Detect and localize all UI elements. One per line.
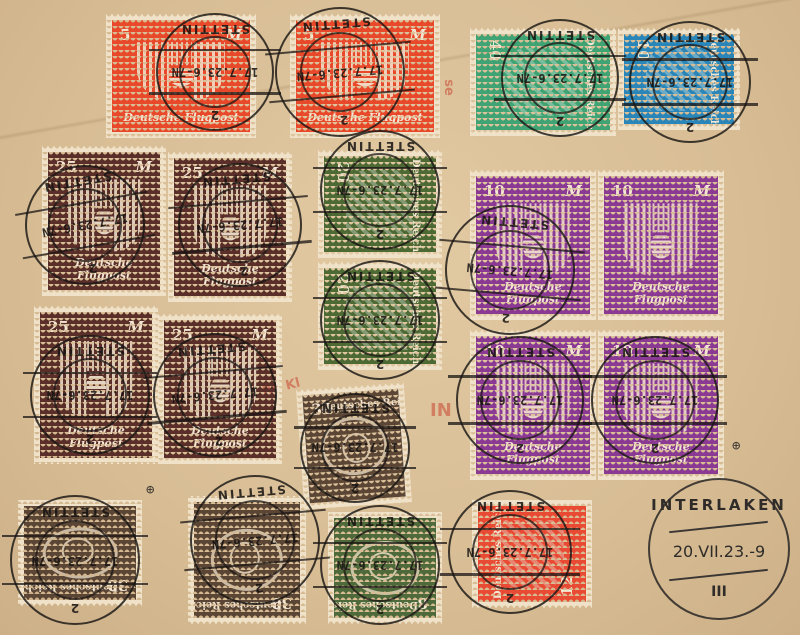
postmark-city: INTERLAKEN — [650, 496, 788, 514]
postmark-city: STETTIN — [593, 345, 717, 359]
postmark-date: 17.7.23.6-7N — [32, 388, 148, 402]
stettin-postmark: 2 17.7.23.6-7N STETTIN — [320, 130, 440, 250]
postmark-bar — [313, 341, 448, 344]
postmark-city: STETTIN — [503, 28, 617, 42]
stamp-unit: M — [135, 158, 152, 176]
stamp-unit: M — [693, 182, 710, 200]
postmark-date: 17.7.23.6-7N — [322, 313, 438, 327]
postmark-top: 2 — [322, 227, 438, 241]
pencil-mark: ⊕ — [732, 438, 740, 454]
postmark-city: STETTIN — [322, 269, 438, 283]
stamp-denomination: 40 — [486, 40, 504, 61]
postmark-city: STETTIN — [32, 344, 148, 358]
postmark-date: 17.7.23.6-7N — [458, 393, 582, 407]
postmark-bar — [294, 426, 417, 429]
dove-emblem-icon — [625, 203, 698, 275]
stamp-legend: Deutsche Flugpost — [604, 280, 718, 306]
stettin-postmark: 2 17.7.23.6-7N STETTIN — [320, 505, 440, 625]
red-cachet-fragment: se — [441, 79, 456, 96]
postmark-date: 17.7.23.6-7N — [450, 545, 570, 559]
postmark-top: 2 — [322, 602, 438, 616]
postmark-bar — [440, 528, 579, 531]
stettin-postmark: 2 17.7.23.6-7N STETTIN — [629, 21, 751, 143]
postmark-top: 2 — [450, 591, 570, 605]
stettin-postmark: 2 17.7.23.6-7N STETTIN — [591, 336, 719, 464]
stettin-postmark: 2 17.7.23.6-7N STETTIN — [501, 19, 619, 137]
postmark-bar — [149, 92, 281, 95]
postmark-city: STETTIN — [322, 514, 438, 528]
stettin-postmark: 2 17.7.23.6-7N STETTIN — [30, 335, 150, 455]
stettin-postmark: 2 17.7.23.6-7N STETTIN — [456, 336, 584, 464]
postmark-date: 17.7.23.6-7N — [593, 393, 717, 407]
postmark-bar — [23, 372, 158, 375]
postmark-city: STETTIN — [302, 401, 408, 415]
postmark-date: 17.7.23.6-7N — [322, 183, 438, 197]
postmark-date: 17.7.23.6-7N — [12, 554, 138, 568]
postmark-bar — [583, 375, 727, 378]
postmark-bar — [448, 422, 592, 425]
postmark-bar — [622, 103, 759, 106]
postmark-bar — [149, 49, 281, 52]
postmark-top: 2 — [32, 432, 148, 446]
stamp-flug-10m-2: 10 M Deutsche Flugpost — [598, 170, 724, 320]
postmark-bar — [583, 422, 727, 425]
postmark-bar — [313, 211, 448, 214]
stamp-denomination: 25 — [48, 318, 69, 336]
red-cachet-fragment: IN — [430, 400, 452, 421]
postmark-top: 2 — [631, 120, 749, 134]
postmark-bar — [313, 167, 448, 170]
postmark-bar — [448, 375, 592, 378]
postmark-date: 17.7.23.6-7N — [302, 440, 408, 454]
postmark-date: 17.7.23.6-7N — [158, 65, 272, 79]
postmark-bar — [494, 98, 626, 101]
postmark-city: STETTIN — [458, 345, 582, 359]
stamp-denomination: 10 — [484, 182, 505, 200]
postmark-bar — [440, 574, 579, 577]
stettin-postmark: 2 17.7.23.6-7N STETTIN — [173, 158, 307, 292]
postmark-city: STETTIN — [322, 139, 438, 153]
postmark-top: 2 — [458, 441, 582, 455]
postmark-top: 2 — [302, 481, 408, 495]
postmark-bar — [2, 535, 148, 538]
postmark-top: 2 — [322, 357, 438, 371]
stettin-postmark: 2 17.7.23.6-7N STETTIN — [440, 200, 581, 341]
postmark-bar — [294, 467, 417, 470]
stamp-unit: M — [409, 26, 426, 44]
postmark-bar — [313, 542, 448, 545]
stamp-denomination: 5 — [120, 26, 130, 44]
postmark-line — [669, 569, 768, 581]
postmark-city: STETTIN — [158, 22, 272, 36]
postmark-top: 2 — [158, 108, 272, 122]
stettin-postmark: 2 17.7.23.6-7N STETTIN — [156, 13, 274, 131]
stettin-postmark: 2 17.7.23.6-7N STETTIN — [320, 260, 440, 380]
stamp-unit: M — [565, 182, 582, 200]
stettin-postmark: 2 17.7.23.6-7N STETTIN — [10, 495, 140, 625]
postmark-date: 17.7.23.6-7N — [631, 75, 749, 89]
postmark-top: 2 — [503, 114, 617, 128]
postmark-line — [669, 521, 768, 533]
stamp-unit: M — [127, 318, 144, 336]
postmark-bar — [622, 58, 759, 61]
postmark-bar — [313, 297, 448, 300]
postmark-date: 20.VII.23.-9 — [650, 542, 788, 561]
postmark-bar — [23, 416, 158, 419]
stettin-postmark: 2 17.7.23.6-7N STETTIN — [448, 490, 572, 614]
postmark-top: 2 — [12, 601, 138, 615]
stettin-postmark: 2 17.7.23.6-7N STETTIN — [185, 470, 326, 611]
stamp-denomination: 10 — [612, 182, 633, 200]
postmark-bar — [2, 583, 148, 586]
stettin-postmark: 2 17.7.23.6-7N STETTIN — [270, 2, 411, 143]
postmark-city: STETTIN — [631, 30, 749, 44]
stamp-face: 10 M Deutsche Flugpost — [604, 176, 718, 314]
postmark-bar — [494, 55, 626, 58]
interlaken-postmark: INTERLAKEN 20.VII.23.-9 III — [648, 478, 790, 620]
postmark-top: 2 — [593, 441, 717, 455]
postmark-number: III — [650, 584, 788, 600]
pencil-mark: ⊕ — [146, 482, 154, 498]
stettin-postmark: 2 17.7.23.6-7N STETTIN — [300, 393, 410, 503]
postmark-date: 17.7.23.6-7N — [322, 558, 438, 572]
postmark-city: STETTIN — [12, 505, 138, 519]
postmark-city: STETTIN — [450, 499, 570, 513]
postmark-date: 17.7.23.6-7N — [503, 71, 617, 85]
stettin-postmark: 2 17.7.23.6-7N STETTIN — [148, 328, 282, 462]
postmark-bar — [313, 586, 448, 589]
